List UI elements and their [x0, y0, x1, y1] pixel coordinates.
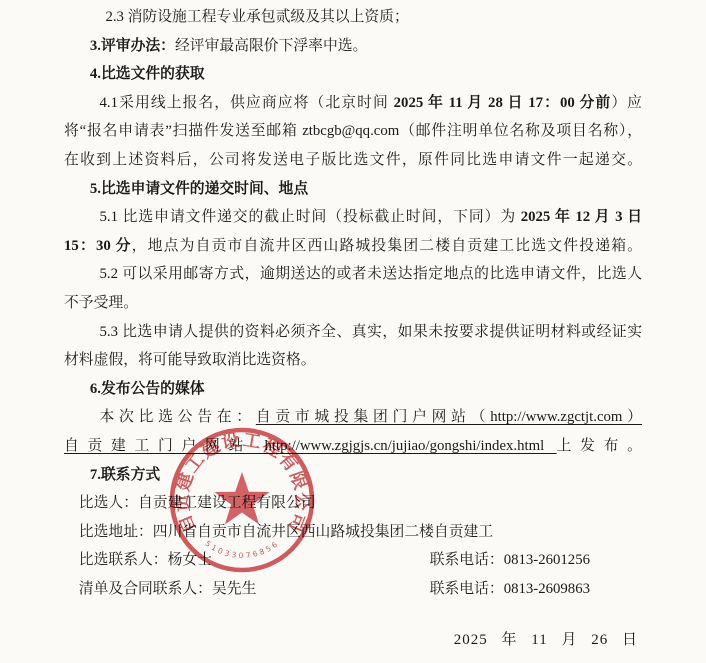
- clause-4-1-line3: 在收到上述资料后，公司将发送电子版比选文件，原件同比选申请文件一起递交。: [64, 146, 642, 175]
- clause-6-line1: 本次比选公告在：自贡市城投集团门户网站（http://www.zgctjt.co…: [64, 403, 642, 432]
- clause-4-1-line1: 4.1采用线上报名，供应商应将（北京时间 2025 年 11 月 28 日 17…: [64, 89, 642, 118]
- clause-5-3-line1: 5.3 比选申请人提供的资料必须齐全、真实，如果未按要求提供证明材料或经证实: [64, 318, 642, 347]
- text-run: 上发布。: [557, 438, 642, 454]
- clause-5-2-line1: 5.2 可以采用邮寄方式，逾期送达的或者未送达指定地点的比选申请文件，比选人: [64, 260, 642, 289]
- bold-run: 5.比选申请文件的递交时间、地点: [90, 181, 308, 197]
- bold-run: 7.联系方式: [90, 467, 160, 483]
- text-run: ）应: [611, 95, 642, 111]
- text-run: 清单及合同联系人：吴先生: [79, 581, 257, 597]
- heading-7-contact-info: 7.联系方式: [64, 461, 642, 490]
- text-run: 联系电话：0813-2601256: [430, 552, 590, 568]
- text-run: 比选人：自贡建工建设工程有限公司: [79, 495, 316, 511]
- text-run: 本次比选公告在：: [100, 409, 256, 425]
- text-run: 经评审最高限价下浮率中选。: [175, 38, 367, 54]
- contact-address-line: 比选地址：四川省自贡市自流井区西山路城投集团二楼自贡建工: [64, 518, 642, 547]
- contract-contact-row-label: 清单及合同联系人：吴先生: [64, 575, 256, 604]
- scanned-tender-document-page: 2.3 消防设施工程专业承包贰级及其以上资质；3.评审办法：经评审最高限价下浮率…: [0, 0, 706, 663]
- underlined-run: 自贡建工门户网站 http://www.zgjgjs.cn/jujiao/gon…: [64, 438, 557, 454]
- contract-contact-row: 清单及合同联系人：吴先生联系电话：0813-2609863: [64, 575, 642, 604]
- clause-2-3: 2.3 消防设施工程专业承包贰级及其以上资质；: [64, 3, 642, 32]
- text-run: 比选联系人：杨女士: [79, 552, 212, 568]
- document-date-line: 2025 年 11 月 26 日: [454, 628, 638, 652]
- text-run: 联系电话：0813-2609863: [430, 581, 590, 597]
- clause-4-1-line2: 将“报名申请表”扫描件发送至邮箱 ztbcgb@qq.com（邮件注明单位名称及…: [64, 117, 642, 146]
- clause-5-1-line1: 5.1 比选申请文件递交的截止时间（投标截止时间，下同）为 2025 年 12 …: [64, 203, 642, 232]
- text-run: 将“报名申请表”扫描件发送至邮箱 ztbcgb@qq.com（邮件注明单位名称及…: [64, 123, 642, 139]
- clause-5-1-line2: 15：30 分，地点为自贡市自流井区西山路城投集团二楼自贡建工比选文件投递箱。: [64, 232, 642, 261]
- document-body: 2.3 消防设施工程专业承包贰级及其以上资质；3.评审办法：经评审最高限价下浮率…: [0, 0, 706, 603]
- contact-person-row-label: 比选联系人：杨女士: [64, 546, 212, 575]
- bold-run: 2025 年 11 月 28 日 17：00 分前: [394, 95, 612, 111]
- contact-person-row: 比选联系人：杨女士联系电话：0813-2601256: [64, 546, 642, 575]
- text-run: 2.3 消防设施工程专业承包贰级及其以上资质；: [105, 9, 408, 25]
- text-run: 5.3 比选申请人提供的资料必须齐全、真实，如果未按要求提供证明材料或经证实: [100, 324, 642, 340]
- bold-run: 4.比选文件的获取: [90, 66, 205, 82]
- contact-bidder-line: 比选人：自贡建工建设工程有限公司: [64, 489, 642, 518]
- bold-run: 15：30 分: [64, 238, 132, 254]
- clause-5-3-line2: 材料虚假，将可能导致取消比选资格。: [64, 346, 642, 375]
- text-run: 比选地址：四川省自贡市自流井区西山路城投集团二楼自贡建工: [79, 524, 493, 540]
- date-text: 2025 年 11 月 26 日: [454, 632, 638, 648]
- contact-person-row-phone: 联系电话：0813-2601256: [430, 546, 590, 575]
- bold-run: 3.评审办法：: [90, 38, 175, 54]
- bold-run: 6.发布公告的媒体: [90, 381, 205, 397]
- text-run: ，地点为自贡市自流井区西山路城投集团二楼自贡建工比选文件投递箱。: [132, 238, 642, 254]
- text-run: 不予受理。: [64, 295, 138, 311]
- clause-3-review-method: 3.评审办法：经评审最高限价下浮率中选。: [64, 32, 642, 61]
- underlined-run: 自贡市城投集团门户网站（http://www.zgctjt.com）: [256, 409, 642, 425]
- text-run: 在收到上述资料后，公司将发送电子版比选文件，原件同比选申请文件一起递交。: [64, 152, 642, 168]
- text-run: 5.1 比选申请文件递交的截止时间（投标截止时间，下同）为: [100, 209, 521, 225]
- clause-5-2-line2: 不予受理。: [64, 289, 642, 318]
- heading-5-submission-time-place: 5.比选申请文件的递交时间、地点: [64, 175, 642, 204]
- text-run: 材料虚假，将可能导致取消比选资格。: [64, 352, 316, 368]
- contract-contact-row-phone: 联系电话：0813-2609863: [430, 575, 590, 604]
- text-run: 4.1采用线上报名，供应商应将（北京时间: [100, 95, 394, 111]
- bold-run: 2025 年 12 月 3 日: [521, 209, 642, 225]
- heading-6-announcement-media: 6.发布公告的媒体: [64, 375, 642, 404]
- heading-4-document-acquisition: 4.比选文件的获取: [64, 60, 642, 89]
- clause-6-line2: 自贡建工门户网站 http://www.zgjgjs.cn/jujiao/gon…: [64, 432, 642, 461]
- text-run: 5.2 可以采用邮寄方式，逾期送达的或者未送达指定地点的比选申请文件，比选人: [100, 266, 642, 282]
